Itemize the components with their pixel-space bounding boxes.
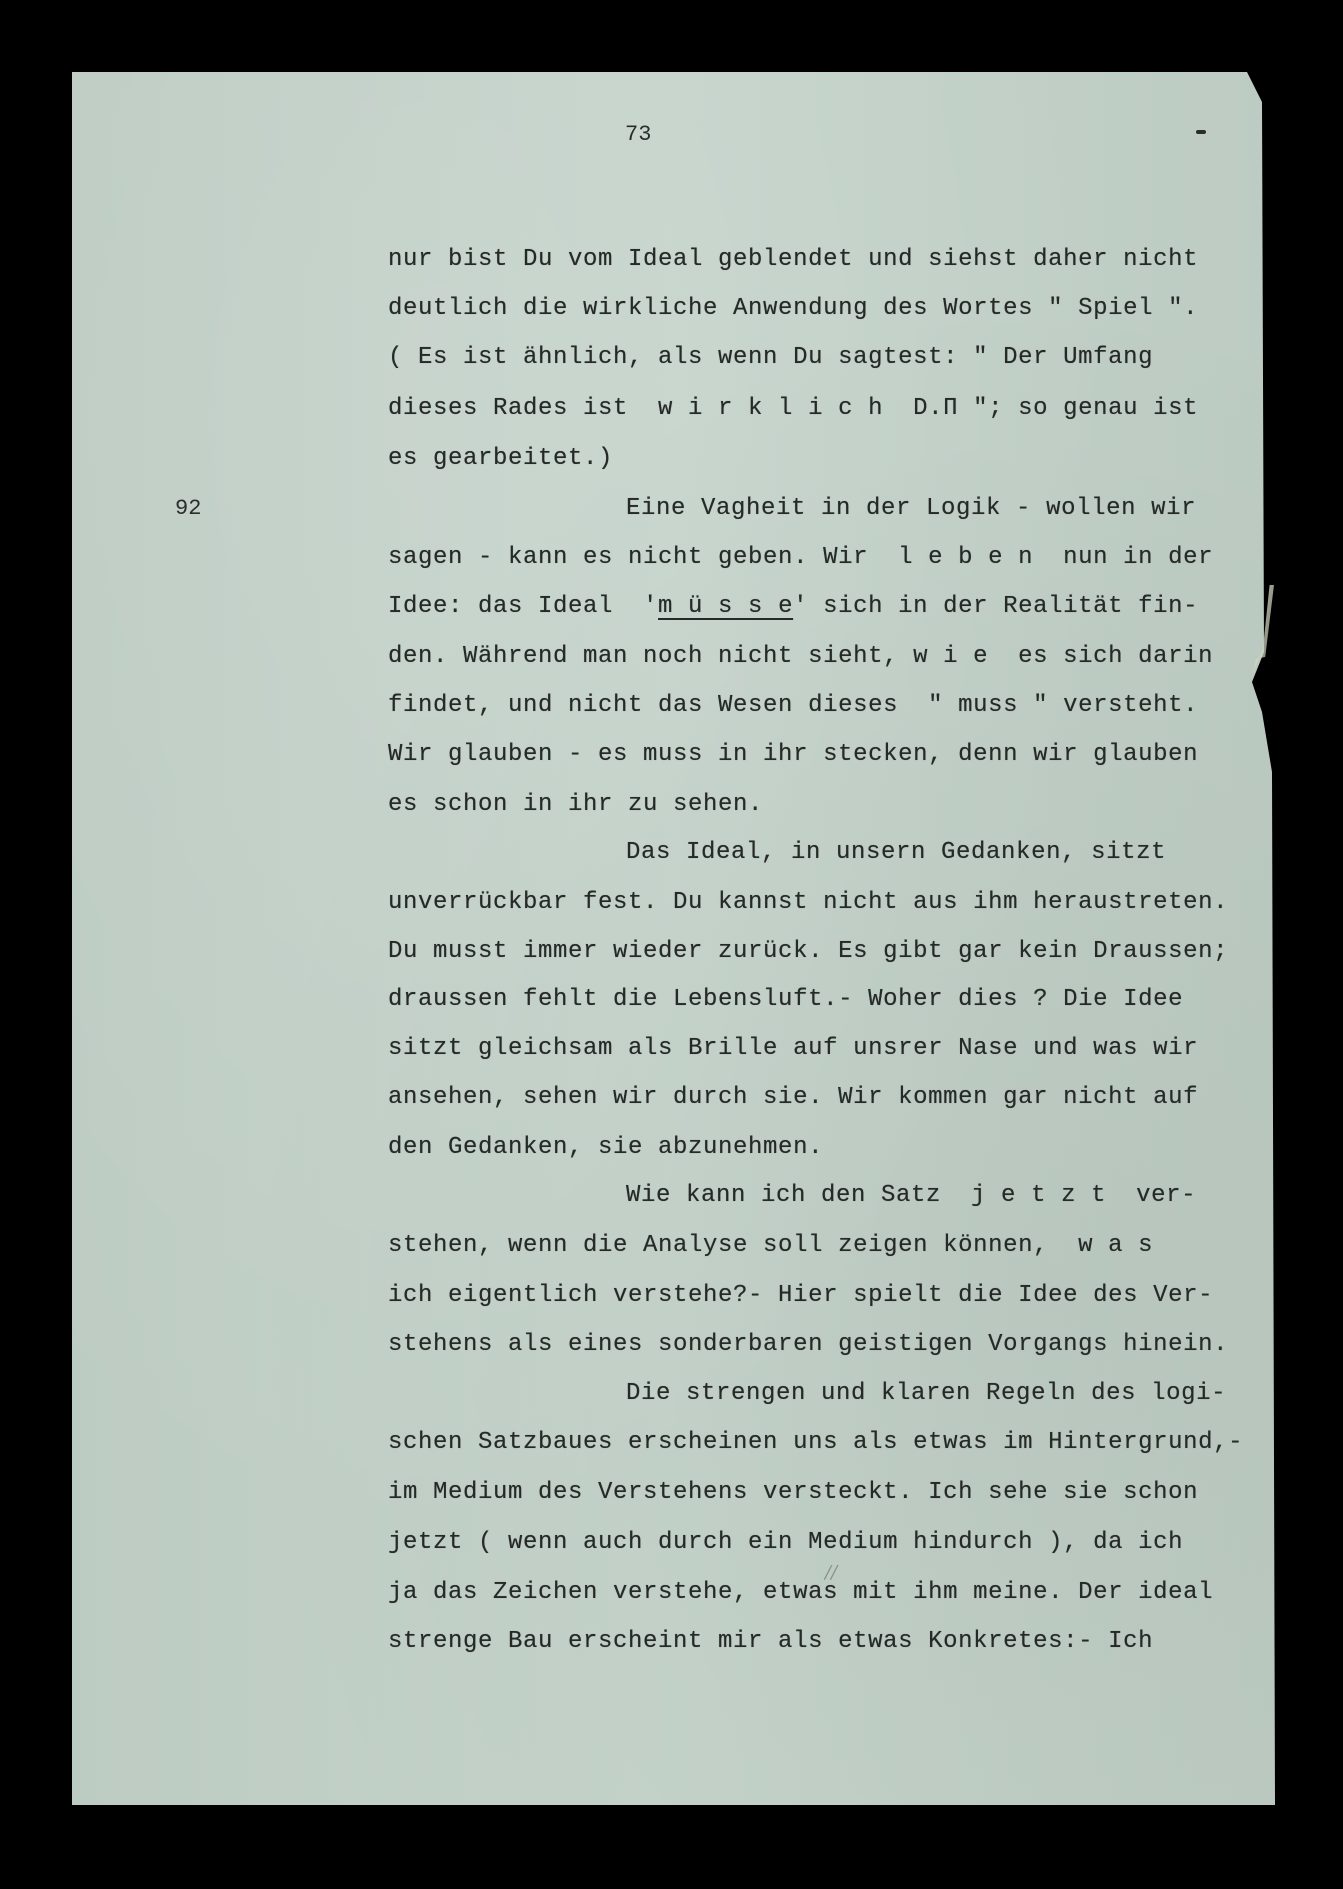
text-line: ja das Zeichen verstehe, etwas mit ihm m… (388, 1578, 1213, 1608)
text-line: es gearbeitet.) (388, 444, 613, 474)
margin-section-number: 92 (175, 496, 201, 521)
text-line: jetzt ( wenn auch durch ein Medium hindu… (388, 1528, 1183, 1558)
text-line: Wir glauben - es muss in ihr stecken, de… (388, 740, 1198, 770)
text-segment: ' sich in der Realität fin- (793, 593, 1198, 620)
text-line: dieses Rades ist w i r k l i c h D.Π "; … (388, 394, 1198, 424)
text-line: deutlich die wirkliche Anwendung des Wor… (388, 294, 1198, 324)
text-line: im Medium des Verstehens versteckt. Ich … (388, 1478, 1198, 1508)
text-line: nur bist Du vom Ideal geblendet und sieh… (388, 245, 1198, 275)
text-line: Idee: das Ideal 'm ü s s e' sich in der … (388, 592, 1198, 622)
text-line: ich eigentlich verstehe?- Hier spielt di… (388, 1281, 1213, 1311)
text-segment: Idee: das Ideal ' (388, 593, 658, 620)
text-line: draussen fehlt die Lebensluft.- Woher di… (388, 985, 1183, 1015)
text-line: stehens als eines sonderbaren geistigen … (388, 1330, 1228, 1360)
text-line: strenge Bau erscheint mir als etwas Konk… (388, 1627, 1153, 1657)
page-number: 73 (625, 122, 651, 147)
text-line: unverrückbar fest. Du kannst nicht aus i… (388, 888, 1228, 918)
text-line: ansehen, sehen wir durch sie. Wir kommen… (388, 1083, 1198, 1113)
text-line: sitzt gleichsam als Brille auf unsrer Na… (388, 1034, 1198, 1064)
text-line: schen Satzbaues erscheinen uns als etwas… (388, 1428, 1243, 1458)
text-line: den. Während man noch nicht sieht, w i e… (388, 642, 1213, 672)
paragraph-start-line: Eine Vagheit in der Logik - wollen wir (626, 494, 1196, 524)
paragraph-start-line: Die strengen und klaren Regeln des logi- (626, 1379, 1226, 1409)
text-line: sagen - kann es nicht geben. Wir l e b e… (388, 543, 1213, 573)
text-line: Du musst immer wieder zurück. Es gibt ga… (388, 937, 1228, 967)
paragraph-start-line: Das Ideal, in unsern Gedanken, sitzt (626, 838, 1166, 868)
text-line: stehen, wenn die Analyse soll zeigen kön… (388, 1231, 1153, 1261)
corner-ink-mark (1196, 130, 1206, 134)
text-line: ( Es ist ähnlich, als wenn Du sagtest: "… (388, 343, 1153, 373)
text-line: den Gedanken, sie abzunehmen. (388, 1133, 823, 1163)
paragraph-start-line: Wie kann ich den Satz j e t z t ver- (626, 1181, 1196, 1211)
text-line: findet, und nicht das Wesen dieses " mus… (388, 691, 1198, 721)
text-line: es schon in ihr zu sehen. (388, 790, 763, 820)
underlined-word: m ü s s e (658, 593, 793, 620)
